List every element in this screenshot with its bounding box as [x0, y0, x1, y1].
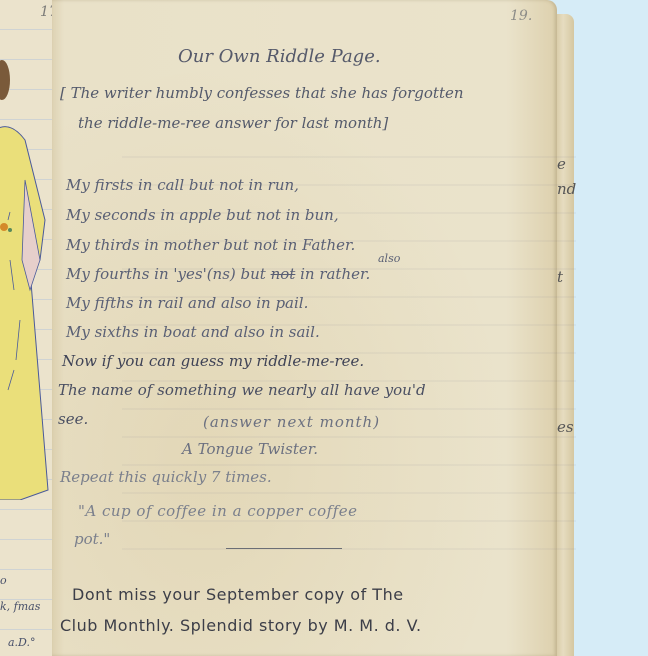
riddle-line: My fourths in 'yes'(ns) but not in rathe… — [66, 265, 370, 283]
editor-note-line: the riddle-me-ree answer for last month] — [78, 114, 388, 132]
tongue-twister-title: A Tongue Twister. — [182, 440, 318, 458]
advert-line: Club Monthly. Splendid story by M. M. d.… — [60, 616, 422, 635]
page-title: Our Own Riddle Page. — [178, 46, 381, 67]
left-page-fragment: o — [0, 574, 7, 587]
riddle-line: My firsts in call but not in run, — [66, 176, 299, 194]
struck-word: not — [271, 265, 296, 283]
tongue-twister-line: "A cup of coffee in a copper coffee — [78, 502, 358, 520]
riddle-closing-line: see. — [58, 410, 88, 428]
riddle-closing-line: Now if you can guess my riddle-me-ree. — [62, 352, 364, 370]
yellow-dress-figure-illustration — [0, 60, 50, 500]
inserted-correction: also — [378, 252, 400, 265]
riddle-line: My seconds in apple but not in bun, — [66, 206, 339, 224]
riddle-line-part: My fourths in 'yes'(ns) but — [66, 265, 271, 283]
manuscript-scan: 17 o k, fmas a.D.° e nd t es 19. Our Own… — [0, 0, 576, 656]
left-facing-page: 17 o k, fmas a.D.° — [0, 0, 57, 656]
riddle-line: My sixths in boat and also in sail. — [66, 323, 320, 341]
answer-note: (answer next month) — [203, 413, 380, 431]
tongue-twister-instruction: Repeat this quickly 7 times. — [60, 468, 272, 486]
tongue-twister-line: pot." — [74, 530, 110, 548]
page-number: 19. — [510, 8, 532, 24]
section-divider — [226, 548, 342, 549]
riddle-line: My fifths in rail and also in pail. — [66, 294, 308, 312]
riddle-line-part: in rather. — [295, 265, 370, 283]
advert-line: Dont miss your September copy of The — [72, 585, 404, 604]
riddle-closing-line: The name of something we nearly all have… — [58, 381, 426, 399]
left-page-fragment: k, fmas — [0, 600, 40, 613]
left-page-fragment: a.D.° — [8, 636, 35, 649]
editor-note-line: [ The writer humbly confesses that she h… — [60, 84, 464, 102]
riddle-line: My thirds in mother but not in Father. — [66, 236, 355, 254]
